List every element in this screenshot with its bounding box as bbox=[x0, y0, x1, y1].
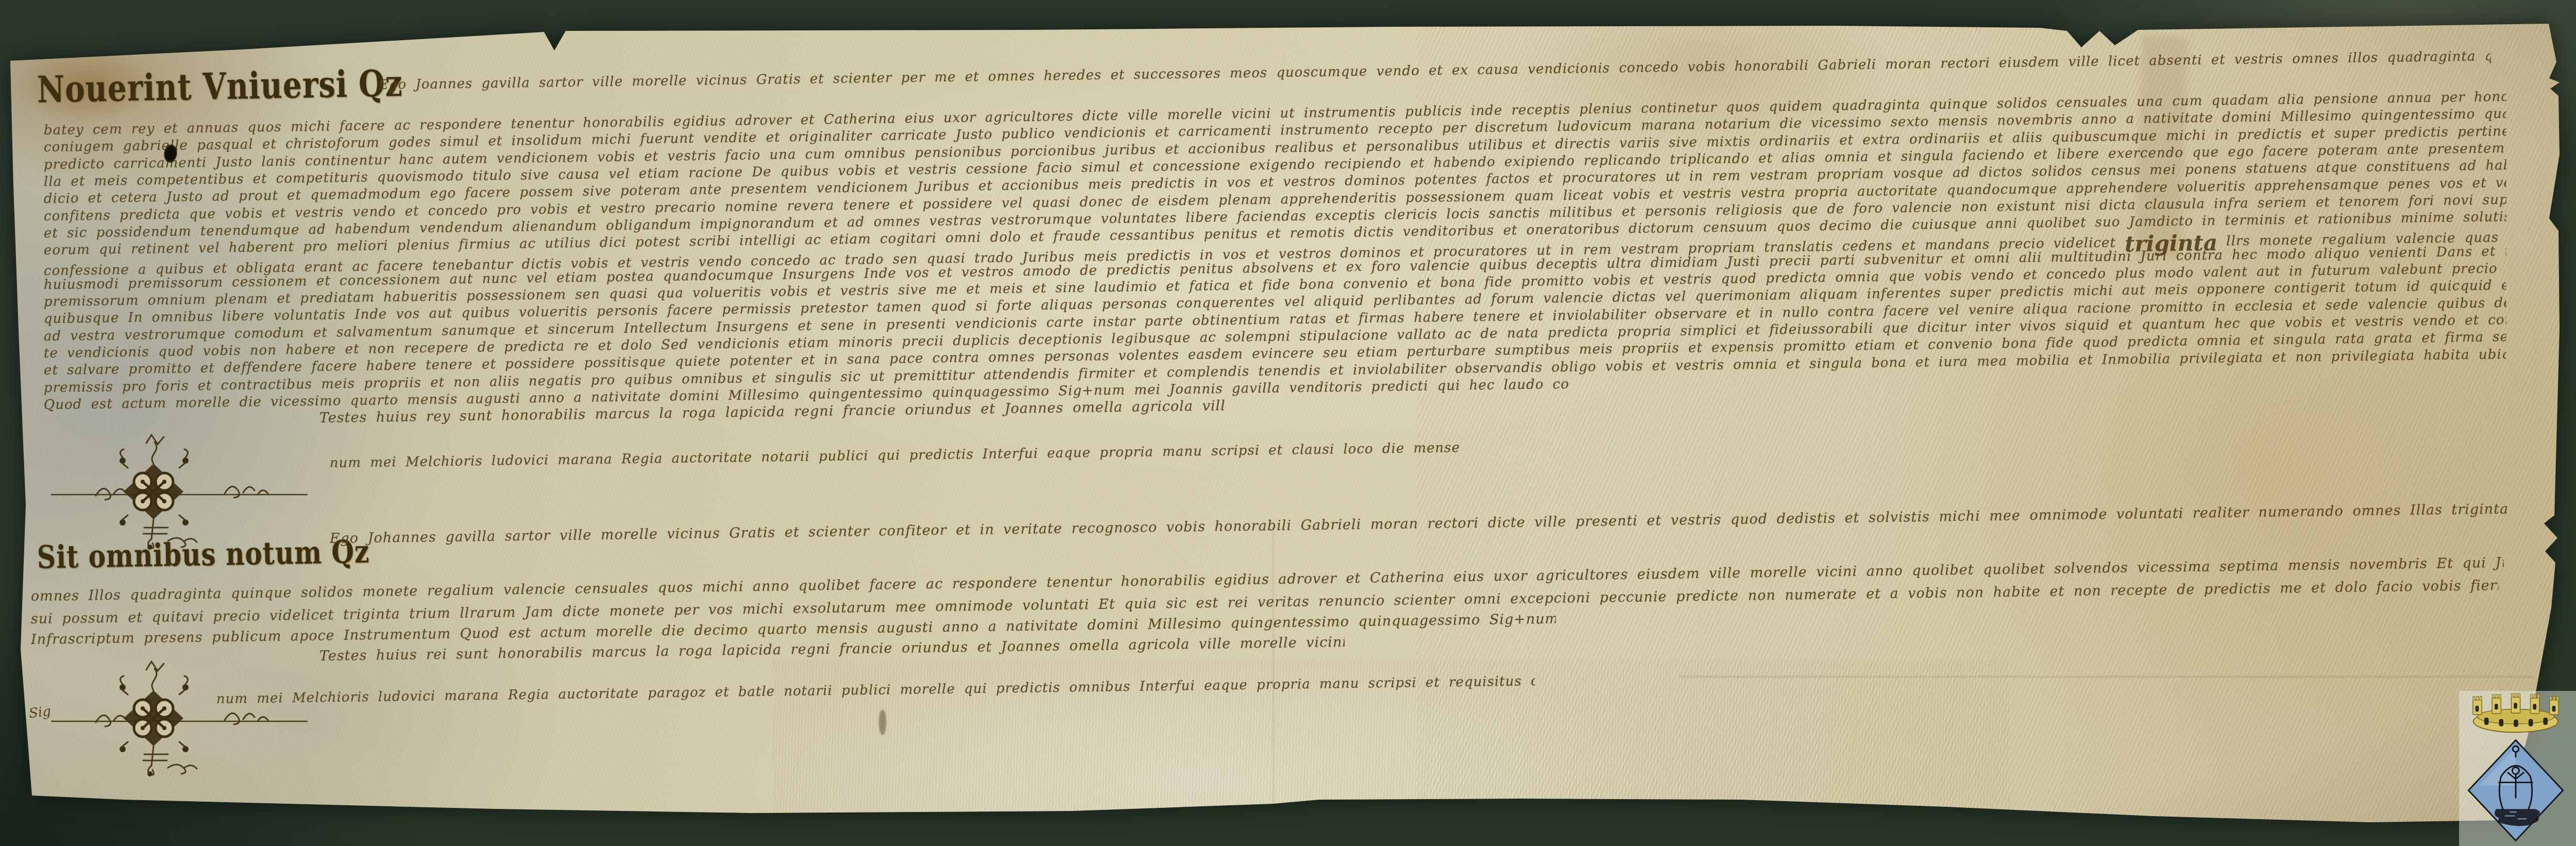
manuscript-text: num mei Melchioris ludovici marana Regia… bbox=[216, 673, 1535, 707]
mural-crown-icon bbox=[2473, 693, 2558, 732]
parchment-wrapper: Nouerint Vniuersi Qz Sit omnibus notum Q… bbox=[0, 0, 2576, 846]
manuscript-line: Ego Johannes gavilla sartor ville morell… bbox=[330, 501, 2509, 547]
parchment-hole bbox=[2544, 655, 2554, 665]
archive-photo-stage: Nouerint Vniuersi Qz Sit omnibus notum Q… bbox=[0, 0, 2576, 846]
parchment-deed: Nouerint Vniuersi Qz Sit omnibus notum Q… bbox=[0, 0, 2576, 846]
crest-icon bbox=[2463, 692, 2568, 844]
manuscript-text: num mei Melchioris ludovici marana Regia… bbox=[330, 440, 1468, 471]
ink-drip-stain bbox=[879, 710, 886, 735]
notarial-signum-icon bbox=[45, 434, 318, 557]
manuscript-text: Ego Johannes gavilla sartor ville morell… bbox=[330, 501, 2509, 547]
municipal-crest-watermark bbox=[2459, 691, 2576, 846]
manuscript-line: Ego Joannes gavilla sartor ville morelle… bbox=[379, 48, 2491, 93]
manuscript-line: num mei Melchioris ludovici marana Regia… bbox=[216, 673, 1535, 707]
lozenge-emblem-icon bbox=[2468, 740, 2563, 841]
vertical-crease bbox=[1273, 526, 1274, 804]
horizontal-crease bbox=[1680, 676, 2535, 678]
manuscript-text: Ego Joannes gavilla sartor ville morelle… bbox=[379, 48, 2491, 93]
notarial-signum-icon bbox=[45, 661, 318, 784]
act1-heading: Nouerint Vniuersi Qz bbox=[37, 62, 403, 111]
manuscript-line: num mei Melchioris ludovici marana Regia… bbox=[330, 440, 1468, 471]
